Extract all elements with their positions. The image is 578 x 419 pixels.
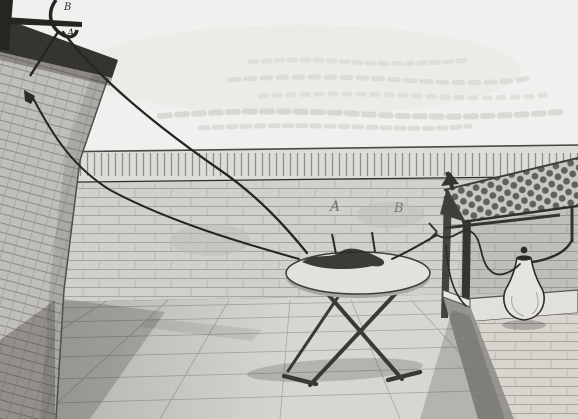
mast-label-b: B bbox=[63, 2, 71, 13]
engraving-svg: A B B A bbox=[0, 0, 578, 419]
flask-stopper bbox=[521, 247, 528, 254]
wall-inscription-b: B bbox=[393, 201, 404, 216]
flask-rim bbox=[517, 255, 532, 260]
flask-shadow bbox=[502, 320, 546, 330]
engraving-scan: A B B A bbox=[0, 0, 578, 419]
sky-mottling bbox=[80, 25, 520, 115]
wall-inscription-a: A bbox=[328, 199, 340, 215]
